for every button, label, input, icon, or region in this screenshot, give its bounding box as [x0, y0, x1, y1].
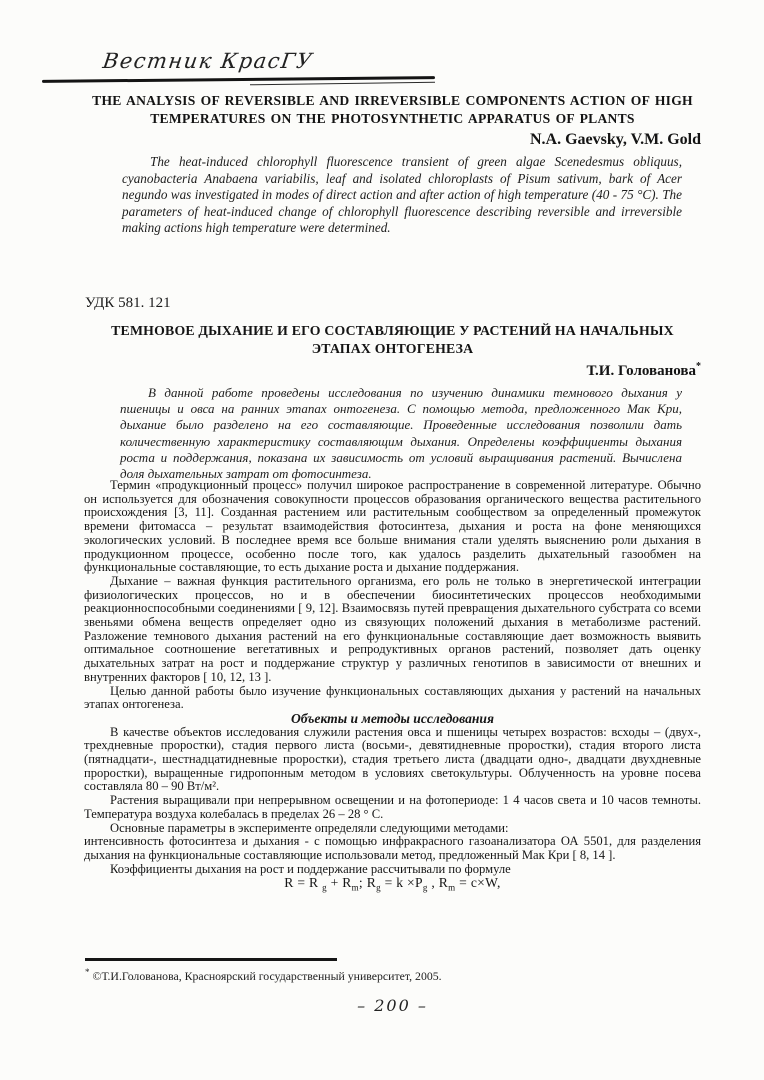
- paragraph-coefficients: Коэффициенты дыхания на рост и поддержан…: [84, 863, 701, 877]
- article-title: ТЕМНОВОЕ ДЫХАНИЕ И ЕГО СОСТАВЛЯЮЩИЕ У РА…: [84, 322, 701, 358]
- article-body: Термин «продукционный процесс» получил ш…: [84, 479, 701, 896]
- formula-term: + R: [327, 875, 352, 890]
- formula-subscript-m: m: [352, 883, 359, 893]
- scanned-journal-page: Вестник КрасГУ THE ANALYSIS OF REVERSIBL…: [0, 0, 764, 1080]
- paragraph-respiration-function: Дыхание – важная функция растительного о…: [84, 575, 701, 685]
- respiration-formula: R = R g + Rm; Rg = k ×Pg , Rm = c×W,: [84, 876, 701, 895]
- formula-term: , R: [428, 875, 448, 890]
- english-abstract: The heat-induced chlorophyll fluorescenc…: [122, 154, 682, 237]
- formula-term: R = R: [284, 875, 322, 890]
- copyright-footnote: *©Т.И.Голованова, Красноярский государст…: [85, 967, 702, 984]
- journal-logo: Вестник КрасГУ: [101, 49, 315, 73]
- footnote-rule: [85, 958, 337, 961]
- english-article-title: THE ANALYSIS OF REVERSIBLE AND IRREVERSI…: [84, 92, 701, 127]
- article-abstract: В данной работе проведены исследования п…: [120, 385, 682, 482]
- section-heading-methods: Объекты и методы исследования: [84, 712, 701, 726]
- udc-number: УДК 581. 121: [85, 295, 171, 312]
- paragraph-main-parameters: Основные параметры в эксперименте опреде…: [84, 822, 701, 836]
- paragraph-growth-conditions: Растения выращивали при непрерывном осве…: [84, 794, 701, 821]
- header-rule-thin: [250, 82, 435, 86]
- article-author: Т.И. Голованова*: [84, 361, 701, 380]
- paragraph-gas-analyzer: интенсивность фотосинтеза и дыхания - с …: [84, 835, 701, 862]
- page-number: – 200 –: [84, 996, 701, 1015]
- paragraph-production-process: Термин «продукционный процесс» получил ш…: [84, 479, 701, 575]
- formula-term: = c×W,: [455, 875, 500, 890]
- footnote-text: ©Т.И.Голованова, Красноярский государств…: [93, 969, 442, 983]
- author-footnote-mark: *: [696, 361, 701, 372]
- formula-term: ; R: [359, 875, 376, 890]
- english-authors: N.A. Gaevsky, V.M. Gold: [84, 131, 701, 149]
- formula-term: = k ×P: [381, 875, 423, 890]
- footnote-marker: *: [85, 967, 90, 977]
- author-name: Т.И. Голованова: [587, 363, 696, 379]
- paragraph-study-goal: Целью данной работы было изучение функци…: [84, 685, 701, 712]
- paragraph-study-objects: В качестве объектов исследования служили…: [84, 726, 701, 795]
